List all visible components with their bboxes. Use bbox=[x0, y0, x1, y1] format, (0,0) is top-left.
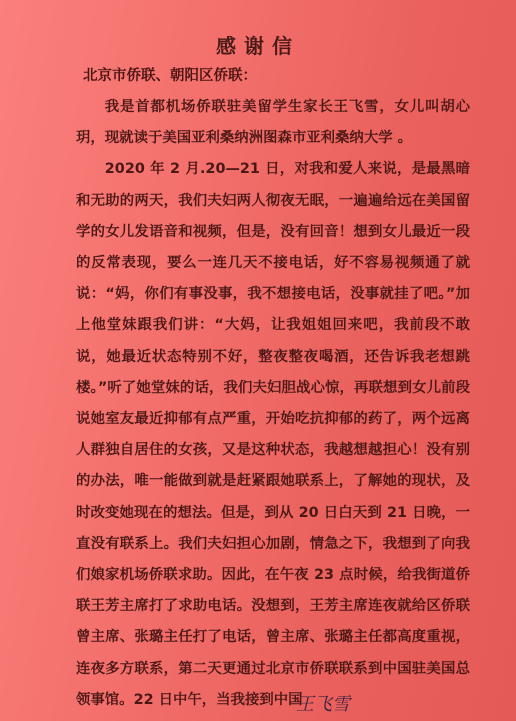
letter-salutation: 北京市侨联、朝阳区侨联： bbox=[83, 64, 257, 85]
letter-sheet: 感谢信 北京市侨联、朝阳区侨联： 我是首都机场侨联驻美留学生家长王飞雪，女儿叫胡… bbox=[0, 0, 516, 721]
paragraph-introduction: 我是首都机场侨联驻美留学生家长王飞雪，女儿叫胡心玥，现就读于美国亚利桑纳洲图森市… bbox=[76, 92, 470, 154]
letter-body: 我是首都机场侨联驻美留学生家长王飞雪，女儿叫胡心玥，现就读于美国亚利桑纳洲图森市… bbox=[76, 92, 470, 716]
paragraph-story: 2020 年 2 月.20—21 日，对我和爱人来说，是最黑暗和无助的两天，我们… bbox=[76, 154, 470, 716]
handwritten-signature: 王飞雪 bbox=[296, 690, 350, 716]
letter-title: 感谢信 bbox=[0, 30, 516, 59]
